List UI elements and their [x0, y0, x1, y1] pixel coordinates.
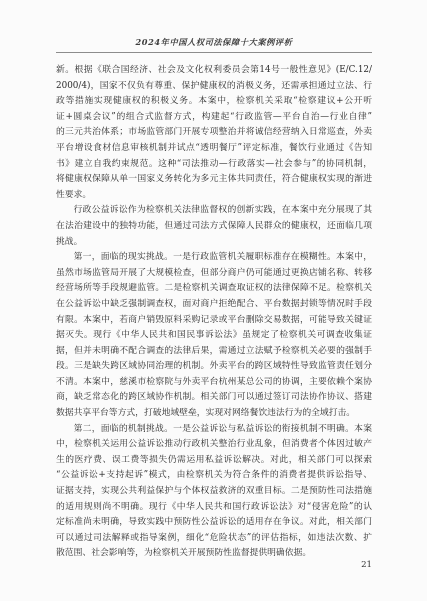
text-line: 在法治建设中的独特功能，但通过司法方式保障人民群众的健康权，还面临几项 [56, 219, 372, 235]
text-line: 段。三是缺失跨区域协同治理的机制。外卖平台的跨区域特性导致监管责任划分 [56, 359, 372, 375]
document-page: 2024年中国人权司法保障十大案例评析 新。根据《联合国经济、社会及文化权利委员… [0, 0, 427, 601]
text-line: 新。根据《联合国经济、社会及文化权利委员会第14号一般性意见》(E/C.12/ [56, 63, 372, 79]
text-line: 证+圆桌会议”的组合式监督方式，构建起“行政监管—平台自治—行业自律” [56, 110, 372, 126]
page-header-title: 2024年中国人权司法保障十大案例评析 [56, 37, 372, 48]
text-line: 生的医疗费、误工费等损失仍需运用私益诉讼解决。对此，相关部门可以探索 [56, 453, 372, 469]
text-line: 的适用规则尚不明确。现行《中华人民共和国行政诉讼法》对“侵害危险”的认 [56, 500, 372, 516]
text-line: 证据支持，实现公共利益保护与个体权益救济的双重目标。二是预防性司法措施 [56, 484, 372, 500]
text-line: 将健康权保障从单一国家义务转化为多元主体共同责任，符合健康权实现的渐进 [56, 172, 372, 188]
text-line: 行政公益诉讼作为检察机关法律监督权的创新实践，在本案中充分展现了其 [56, 203, 372, 219]
text-line: 第一，面临的现实挑战。一是行政监管机关履职标准存在模糊性。本案中， [56, 250, 372, 266]
text-line: 虽然市场监管局开展了大规模检查，但部分商户仍可能通过更换店铺名称、转移 [56, 266, 372, 282]
text-line: 书》建立自我约束规范。这种“司法推动—行政落实—社会参与”的协同机制， [56, 157, 372, 173]
text-line: 据灭失。现行《中华人民共和国民事诉讼法》虽规定了检察机关可调查收集证 [56, 328, 372, 344]
text-line: “公益诉讼+支持起诉”模式，由检察机关为符合条件的消费者提供诉讼指导、 [56, 468, 372, 484]
text-line: 不清。本案中，慈溪市检察院与外卖平台杭州某总公司的协调，主要依赖个案协 [56, 375, 372, 391]
text-line: 第二，面临的机制挑战。一是公益诉讼与私益诉讼的衔接机制不明确。本案 [56, 422, 372, 438]
text-line: 平台增设食材信息审核机制并试点“透明餐厅”评定标准，餐饮行业通过《告知 [56, 141, 372, 157]
text-line: 2000/4)，国家不仅负有尊重、保护健康权的消极义务，还需承担通过立法、行 [56, 79, 372, 95]
page-number: 21 [56, 560, 372, 570]
text-line: 有限。本案中，若商户销毁原料采购记录或平台删除交易数据，可能导致关键证 [56, 313, 372, 329]
text-line: 中，检察机关运用公益诉讼推动行政机关整治行业乱象，但消费者个体因过敏产 [56, 437, 372, 453]
text-line: 据，但并未明确不配合调查的法律后果，需通过立法赋予检察机关必要的强制手 [56, 344, 372, 360]
text-line: 性要求。 [56, 188, 372, 204]
text-line: 可以通过司法解释或指导案例，细化“危险状态”的评估指标，如违法次数、扩 [56, 531, 372, 547]
text-line: 的三元共治体系；市场监管部门开展专项整治并将诚信经营纳入日常巡查，外卖 [56, 125, 372, 141]
text-line: 数据共享平台等方式，打破地域壁垒，实现对网络餐饮违法行为的全域打击。 [56, 406, 372, 422]
text-line: 在公益诉讼中缺乏强制调查权，面对商户拒绝配合、平台数据封锁等情况时手段 [56, 297, 372, 313]
text-line: 挑战。 [56, 235, 372, 251]
text-line: 商，缺乏常态化的跨区域协作机制。相关部门可以通过签订司法协作协议、搭建 [56, 390, 372, 406]
document-body: 新。根据《联合国经济、社会及文化权利委员会第14号一般性意见》(E/C.12/2… [56, 63, 372, 562]
text-line: 政等措施实现健康权的积极义务。本案中，检察机关采取“检察建议+公开听 [56, 94, 372, 110]
header-divider [56, 52, 372, 53]
text-line: 经营场所等手段规避监管。二是检察机关调查取证权的法律保障不足。检察机关 [56, 281, 372, 297]
text-line: 定标准尚未明确，导致实践中预防性公益诉讼的适用存在争议。对此，相关部门 [56, 515, 372, 531]
